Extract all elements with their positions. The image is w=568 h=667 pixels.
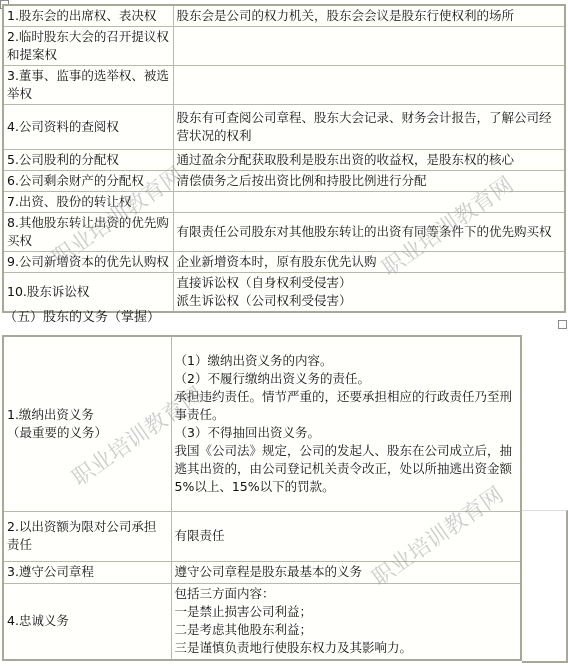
section-heading: （五）股东的义务（掌握） xyxy=(4,308,160,328)
duty-name: 2.以出资额为限对公司承担责任 xyxy=(3,511,171,561)
table-row: 4.忠诚义务 包括三方面内容： 一是禁止损害公司利益； 二是考虑其他股东利益； … xyxy=(3,583,521,660)
duty-desc: （1）缴纳出资义务的内容。 （2）不履行缴纳出资义务的责任。 承担违约责任。情节… xyxy=(171,336,521,511)
right-name: 2.临时股东大会的召开提议权和提案权 xyxy=(3,27,173,66)
right-desc xyxy=(173,66,565,105)
right-desc: 股东会是公司的权力机关，股东会会议是股东行使权利的场所 xyxy=(173,5,565,27)
table-outer-border xyxy=(522,510,568,663)
duty-desc: 包括三方面内容： 一是禁止损害公司利益； 二是考虑其他股东利益； 三是谨慎负责地… xyxy=(171,583,521,660)
table-row: 1.股东会的出席权、表决权 股东会是公司的权力机关，股东会会议是股东行使权利的场… xyxy=(3,5,565,27)
right-name: 3.董事、监事的选举权、被选举权 xyxy=(3,66,173,105)
right-desc: 有限责任公司股东对其他股东转让的出资有同等条件下的优先购买权 xyxy=(173,213,565,252)
right-desc: 直接诉讼权（自身权利受侵害） 派生诉讼权（公司权利受侵害） xyxy=(173,273,565,313)
right-desc xyxy=(173,27,565,66)
right-name: 4.公司资料的查阅权 xyxy=(3,105,173,150)
table-row: 4.公司资料的查阅权 股东有可查阅公司章程、股东大会记录、财务会计报告，了解公司… xyxy=(3,105,565,150)
table-row: 5.公司股利的分配权 通过盈余分配获取股利是股东出资的收益权，是股东权的核心 xyxy=(3,150,565,171)
right-name: 10.股东诉讼权 xyxy=(3,273,173,313)
duty-name: 4.忠诚义务 xyxy=(3,583,171,660)
table-row: 3.董事、监事的选举权、被选举权 xyxy=(3,66,565,105)
shareholder-rights-table: 1.股东会的出席权、表决权 股东会是公司的权力机关，股东会会议是股东行使权利的场… xyxy=(2,4,566,313)
duty-name: 3.遵守公司章程 xyxy=(3,561,171,583)
table-row: 3.遵守公司章程 遵守公司章程是股东最基本的义务 xyxy=(3,561,521,583)
right-desc: 企业新增资本时，原有股东优先认购 xyxy=(173,252,565,273)
table-row: 10.股东诉讼权 直接诉讼权（自身权利受侵害） 派生诉讼权（公司权利受侵害） xyxy=(3,273,565,313)
right-desc: 通过盈余分配获取股利是股东出资的收益权，是股东权的核心 xyxy=(173,150,565,171)
right-desc: 股东有可查阅公司章程、股东大会记录、财务会计报告，了解公司经营状况的权利 xyxy=(173,105,565,150)
shareholder-duties-table: 1.缴纳出资义务 （最重要的义务） （1）缴纳出资义务的内容。 （2）不履行缴纳… xyxy=(2,335,522,661)
right-name: 5.公司股利的分配权 xyxy=(3,150,173,171)
table-row: 2.临时股东大会的召开提议权和提案权 xyxy=(3,27,565,66)
duty-desc: 遵守公司章程是股东最基本的义务 xyxy=(171,561,521,583)
table-corner-marker xyxy=(558,320,567,329)
right-name: 1.股东会的出席权、表决权 xyxy=(3,5,173,27)
